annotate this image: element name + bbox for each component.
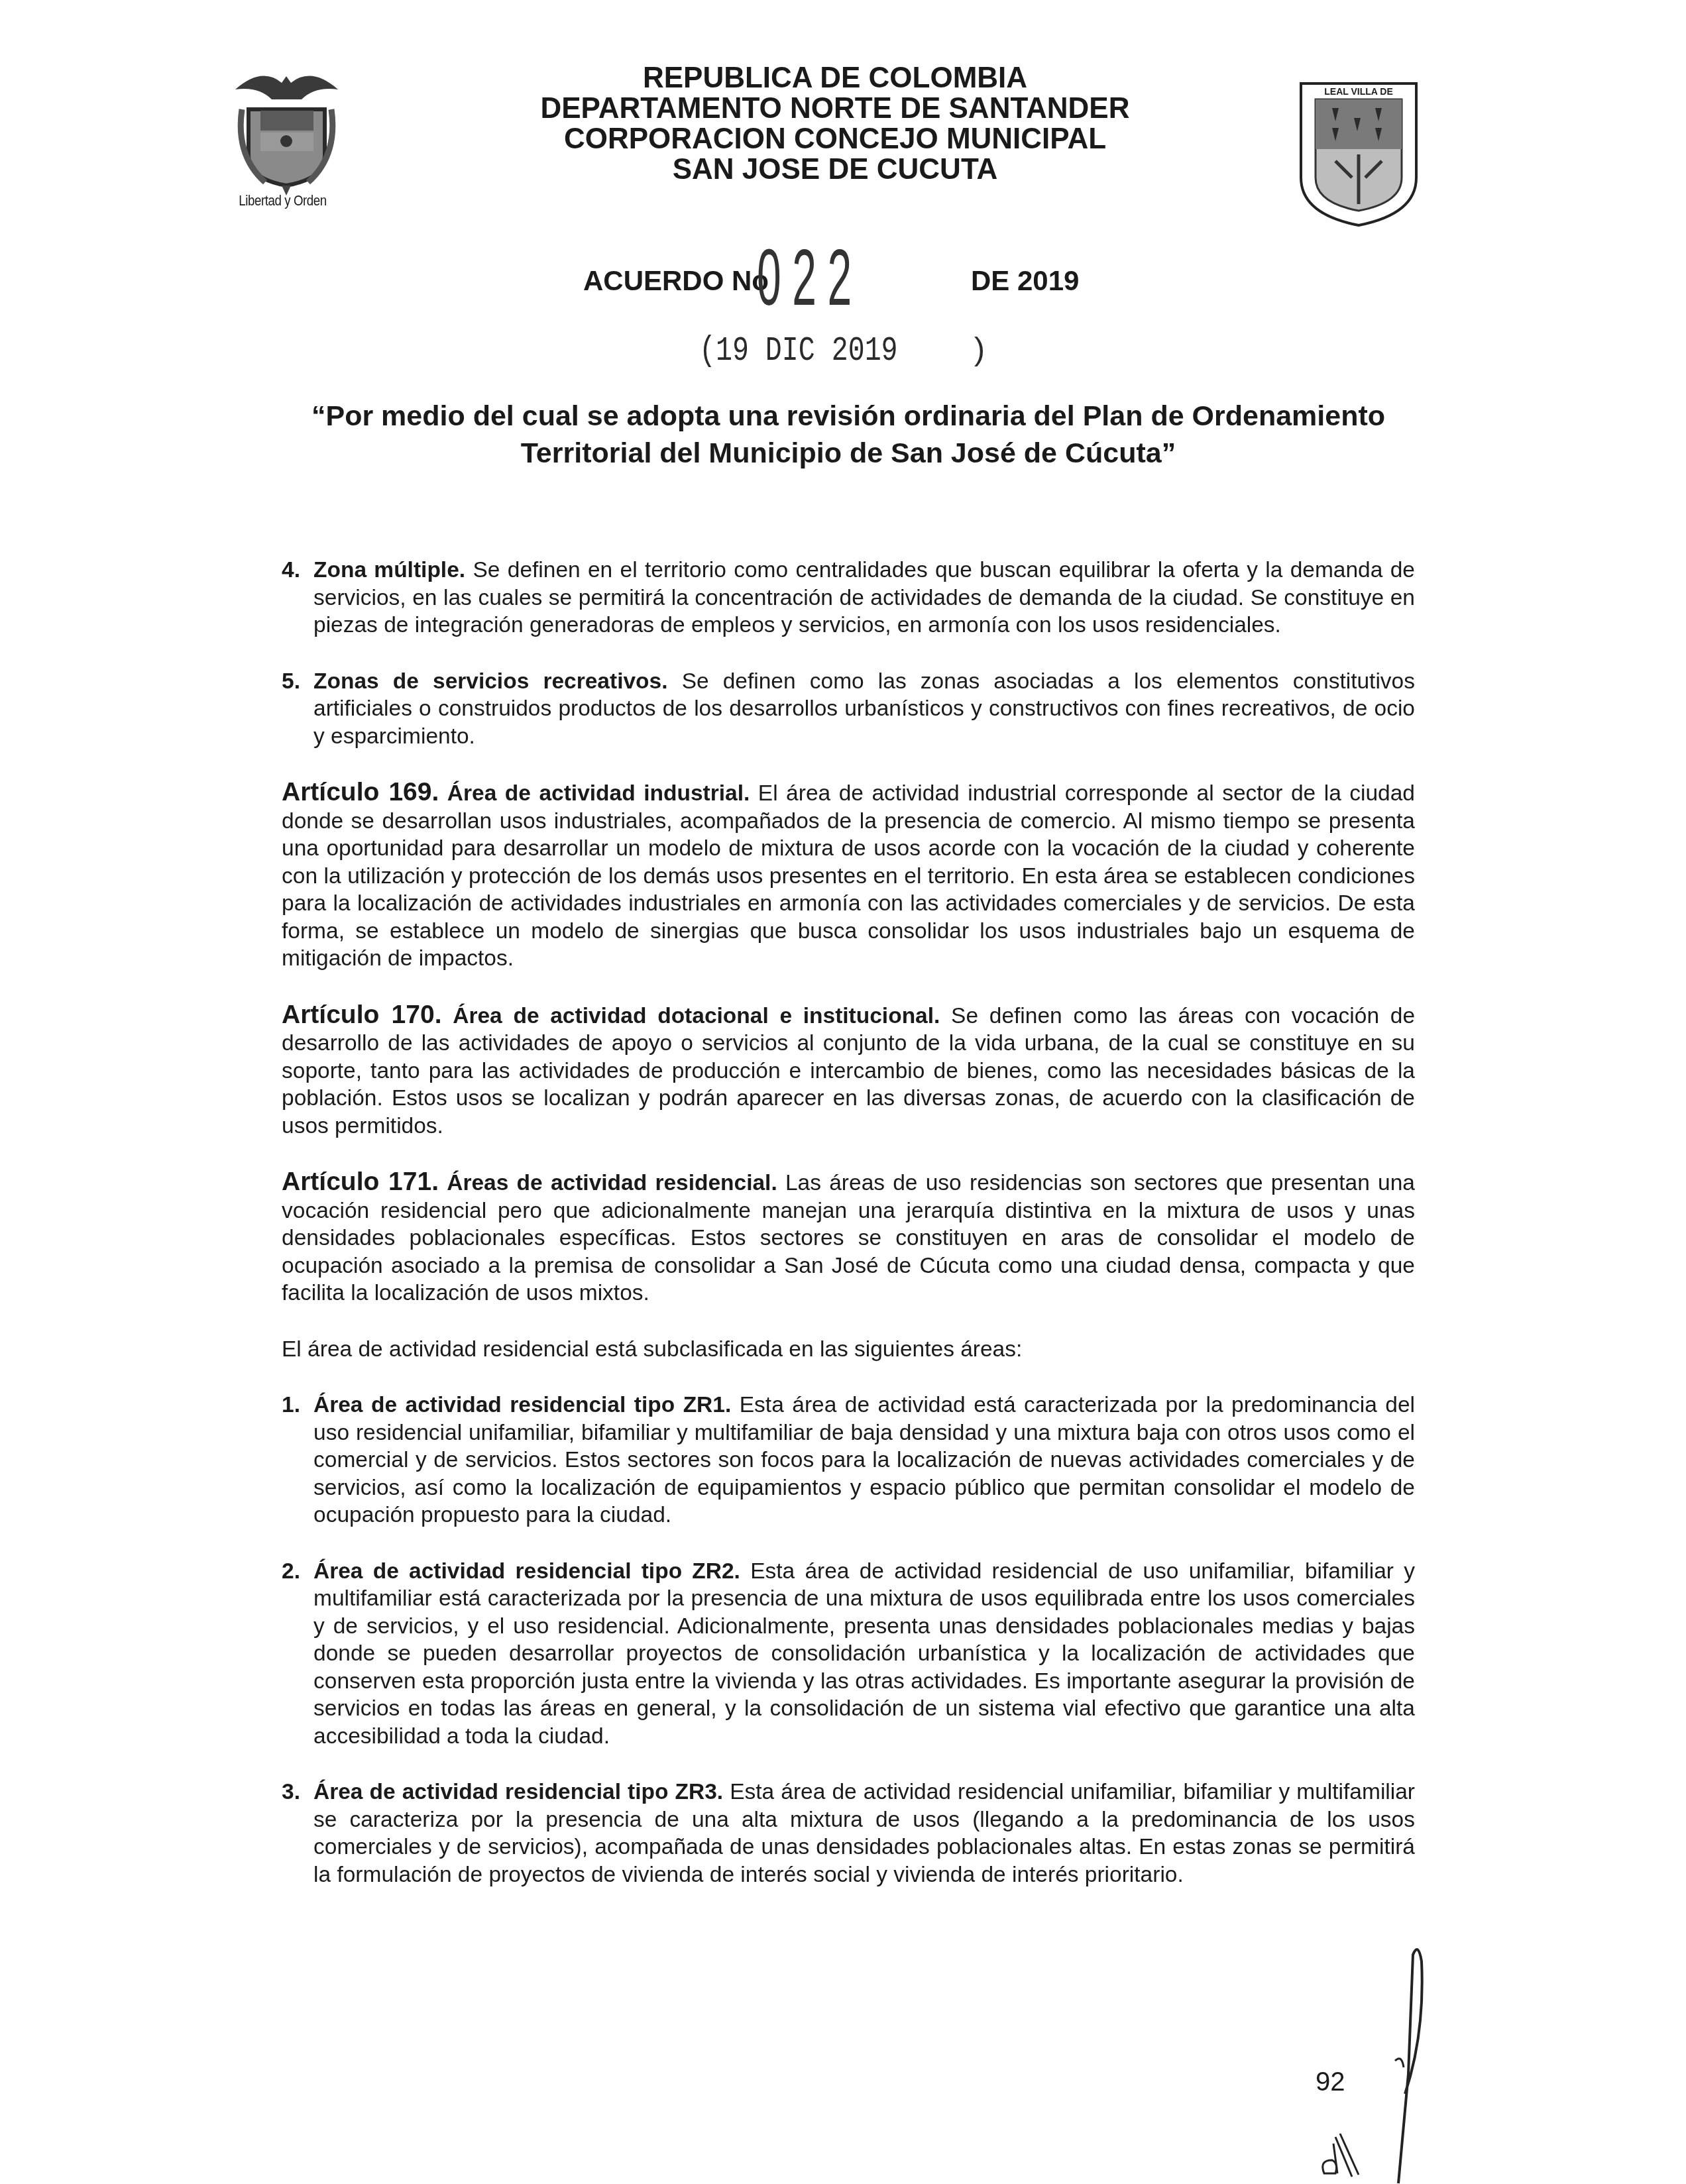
residential-item-zr3: 3. Área de actividad residencial tipo ZR…	[282, 1778, 1415, 1888]
article-171: Artículo 171. Áreas de actividad residen…	[282, 1168, 1415, 1307]
article-label: Artículo 170.	[282, 1001, 442, 1029]
cucuta-shield-icon: LEAL VILLA DE	[1296, 78, 1422, 231]
item-heading: Zona múltiple.	[313, 558, 465, 582]
acuerdo-number-line: ACUERDO No 022 DE 2019	[583, 232, 1180, 311]
article-170: Artículo 170. Área de actividad dotacion…	[282, 1001, 1415, 1140]
article-heading: Área de actividad dotacional e instituci…	[442, 1004, 940, 1028]
title-line-2: Territorial del Municipio de San José de…	[285, 435, 1412, 472]
article-text: El área de actividad industrial correspo…	[282, 781, 1415, 971]
item-heading: Área de actividad residencial tipo ZR2.	[313, 1559, 740, 1584]
item-number: 4.	[282, 557, 313, 639]
item-number: 1.	[282, 1392, 313, 1529]
date-stamp-text: 19 DIC 2019	[716, 331, 898, 370]
zone-item: 4. Zona múltiple. Se definen en el terri…	[282, 557, 1415, 639]
svg-text:LEAL VILLA DE: LEAL VILLA DE	[1324, 86, 1392, 97]
date-stamp-open: (	[699, 331, 716, 370]
initials-mark-icon	[1319, 2127, 1365, 2180]
item-text: Esta área de actividad residencial de us…	[313, 1559, 1415, 1749]
item-number: 3.	[282, 1778, 313, 1888]
document-title: “Por medio del cual se adopta una revisi…	[285, 398, 1412, 472]
article-heading: Áreas de actividad residencial.	[439, 1171, 777, 1195]
acuerdo-year: DE 2019	[971, 265, 1079, 297]
title-line-1: “Por medio del cual se adopta una revisi…	[285, 398, 1412, 435]
subclass-intro: El área de actividad residencial está su…	[282, 1336, 1415, 1364]
item-heading: Área de actividad residencial tipo ZR3.	[313, 1780, 723, 1804]
article-169: Artículo 169. Área de actividad industri…	[282, 779, 1415, 973]
acuerdo-number: 022	[757, 232, 863, 323]
header-line-department: DEPARTAMENTO NORTE DE SANTANDER	[464, 93, 1206, 124]
article-label: Artículo 169.	[282, 778, 439, 806]
item-heading: Área de actividad residencial tipo ZR1.	[313, 1393, 731, 1417]
article-heading: Área de actividad industrial.	[439, 781, 750, 806]
item-heading: Zonas de servicios recreativos.	[313, 669, 668, 694]
acuerdo-label: ACUERDO No	[583, 265, 769, 297]
colombia-coat-of-arms-icon	[229, 63, 345, 195]
emblem-motto: Libertad y Orden	[232, 192, 333, 209]
header-line-corporation: CORPORACION CONCEJO MUNICIPAL	[464, 124, 1206, 154]
item-number: 2.	[282, 1558, 313, 1751]
document-header: REPUBLICA DE COLOMBIA DEPARTAMENTO NORTE…	[464, 63, 1206, 185]
page-number: 92	[1316, 2067, 1345, 2097]
document-body: 4. Zona múltiple. Se definen en el terri…	[282, 557, 1415, 1917]
header-line-city: SAN JOSE DE CUCUTA	[464, 154, 1206, 185]
date-stamp-close: )	[974, 331, 985, 368]
zone-item: 5. Zonas de servicios recreativos. Se de…	[282, 668, 1415, 751]
header-line-country: REPUBLICA DE COLOMBIA	[464, 63, 1206, 93]
date-stamp: (19 DIC 2019	[699, 331, 898, 370]
article-label: Artículo 171.	[282, 1168, 439, 1196]
handwritten-signature-icon	[1372, 1941, 1465, 2184]
item-text: Se definen en el territorio como central…	[313, 558, 1415, 637]
residential-item-zr1: 1. Área de actividad residencial tipo ZR…	[282, 1392, 1415, 1529]
residential-item-zr2: 2. Área de actividad residencial tipo ZR…	[282, 1558, 1415, 1751]
item-number: 5.	[282, 668, 313, 751]
